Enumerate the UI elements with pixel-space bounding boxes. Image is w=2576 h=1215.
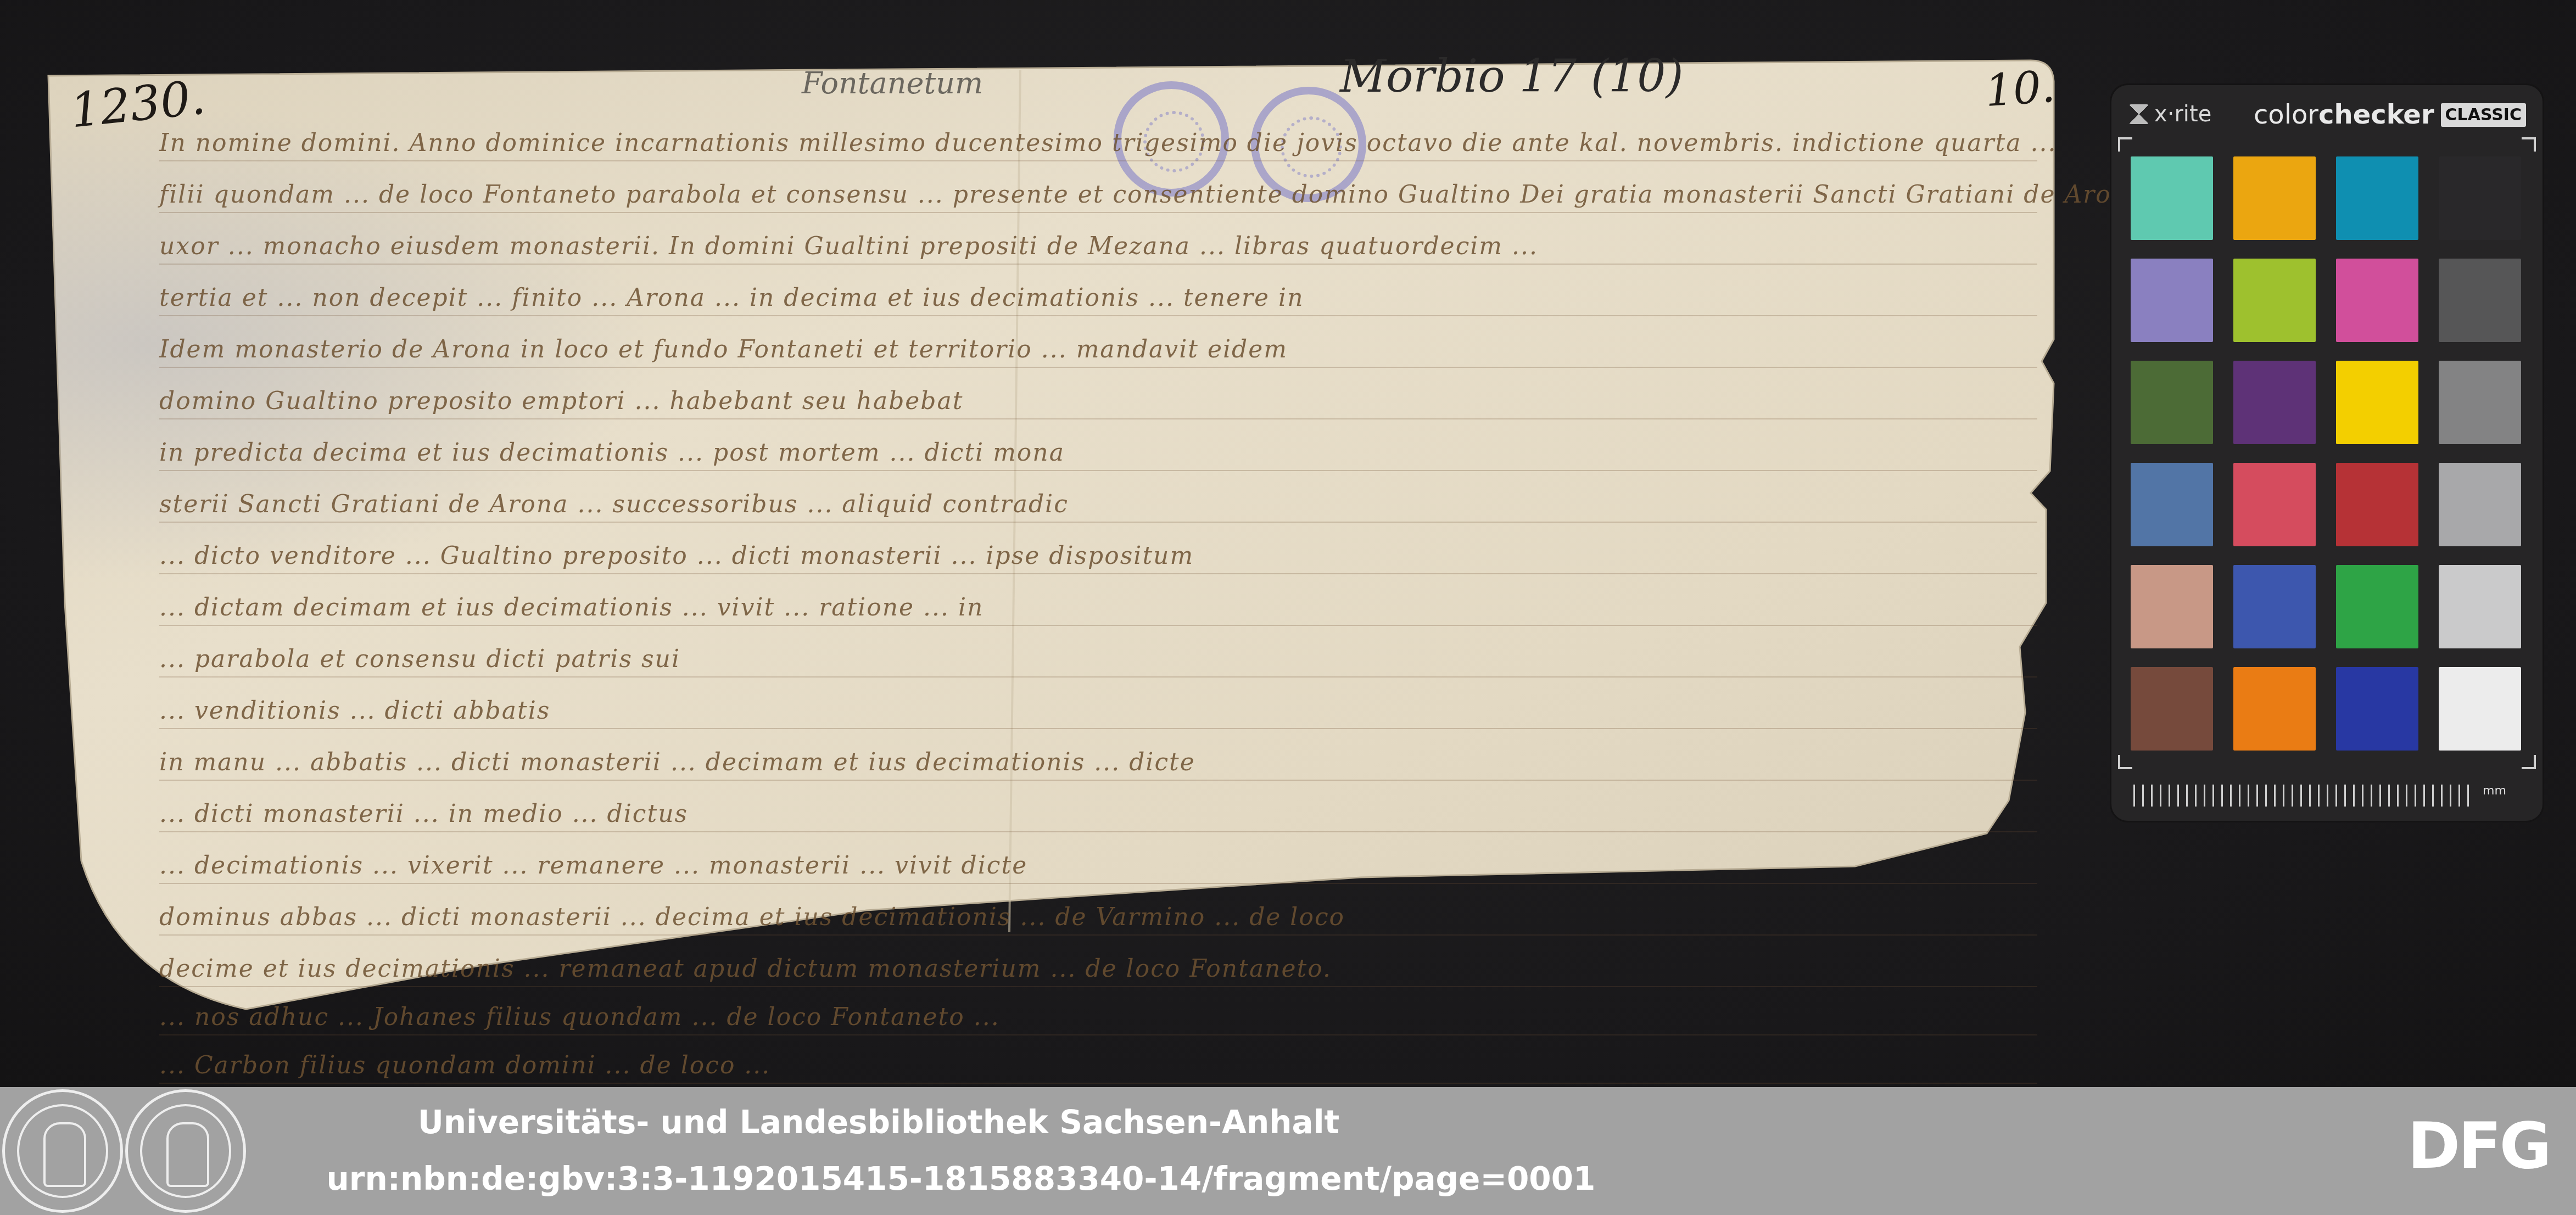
corner-mark — [2522, 137, 2536, 152]
charter-text: In nomine domini. Anno dominice incarnat… — [159, 110, 2037, 1131]
text-line: domino Gualtino preposito emptori ... ha… — [159, 368, 2037, 419]
text-line: Idem monasterio de Arona in loco et fund… — [159, 316, 2037, 368]
text-line: ... parabola et consensu dicti patris su… — [159, 626, 2037, 678]
color-patch — [2131, 156, 2213, 240]
institution-name: Universitäts- und Landesbibliothek Sachs… — [0, 1104, 1757, 1141]
color-patch — [2439, 259, 2521, 342]
color-patch — [2336, 565, 2418, 648]
color-patch — [2439, 361, 2521, 444]
scan-area: 1230. 10. Morbio 17 (10) Fontanetum In n… — [0, 0, 2576, 1087]
color-patch — [2439, 667, 2521, 751]
text-line: ... decimationis ... vixerit ... remaner… — [159, 832, 2037, 884]
color-patch — [2336, 463, 2418, 546]
text-line: decime et ius decimationis ... remaneat … — [159, 936, 2037, 987]
text-line: ... dicti monasterii ... in medio ... di… — [159, 781, 2037, 832]
color-patch-grid — [2131, 156, 2521, 751]
shelfmark-annotation: Morbio 17 (10) — [1340, 51, 1683, 103]
color-patch — [2131, 361, 2213, 444]
text-line: ... dicto venditore ... Gualtino preposi… — [159, 523, 2037, 574]
text-line: ... venditionis ... dicti abbatis — [159, 678, 2037, 729]
mm-ruler: mm — [2133, 782, 2518, 810]
classic-badge: CLASSIC — [2441, 103, 2526, 127]
color-patch — [2233, 565, 2316, 648]
color-patch — [2336, 156, 2418, 240]
color-patch — [2233, 463, 2316, 546]
text-line: in predicta decima et ius decimationis .… — [159, 419, 2037, 471]
xrite-logo: x·rite — [2129, 102, 2211, 127]
text-line: ... Carbon filius quondam domini ... de … — [159, 1035, 2037, 1084]
color-patch — [2131, 463, 2213, 546]
text-line: ... dictam decimam et ius decimationis .… — [159, 574, 2037, 626]
library-footer: Universitäts- und Landesbibliothek Sachs… — [0, 1087, 2576, 1215]
color-patch — [2131, 667, 2213, 751]
corner-mark — [2118, 755, 2132, 769]
color-patch — [2336, 667, 2418, 751]
colorchecker-title: colorchecker CLASSIC — [2254, 99, 2526, 130]
xrite-icon — [2129, 104, 2149, 124]
urn-identifier: urn:nbn:de:gbv:3:3-1192015415-1815883340… — [0, 1160, 1922, 1197]
color-patch — [2439, 463, 2521, 546]
color-patch — [2439, 565, 2521, 648]
folio-number: 10. — [1983, 61, 2057, 117]
text-line: ... nos adhuc ... Johanes filius quondam… — [159, 987, 2037, 1035]
text-line: filii quondam ... de loco Fontaneto para… — [159, 161, 2037, 213]
color-patch — [2336, 361, 2418, 444]
color-patch — [2439, 156, 2521, 240]
color-patch — [2131, 259, 2213, 342]
color-checker-card: x·rite colorchecker CLASSIC mm — [2111, 85, 2543, 821]
text-line: dominus abbas ... dicti monasterii ... d… — [159, 884, 2037, 936]
corner-mark — [2118, 137, 2132, 152]
color-patch — [2233, 361, 2316, 444]
text-line: uxor ... monacho eiusdem monasterii. In … — [159, 213, 2037, 265]
ruler-ticks — [2133, 785, 2474, 807]
color-patch — [2233, 259, 2316, 342]
text-line: in manu ... abbatis ... dicti monasterii… — [159, 729, 2037, 781]
text-line: tertia et ... non decepit ... finito ...… — [159, 265, 2037, 316]
color-patch — [2233, 156, 2316, 240]
pencil-note: Fontanetum — [802, 66, 983, 100]
text-line: sterii Sancti Gratiani de Arona ... succ… — [159, 471, 2037, 523]
text-line: In nomine domini. Anno dominice incarnat… — [159, 110, 2037, 161]
corner-mark — [2522, 755, 2536, 769]
dfg-logo: DFG — [2407, 1109, 2550, 1183]
color-patch — [2336, 259, 2418, 342]
color-patch — [2131, 565, 2213, 648]
color-patch — [2233, 667, 2316, 751]
